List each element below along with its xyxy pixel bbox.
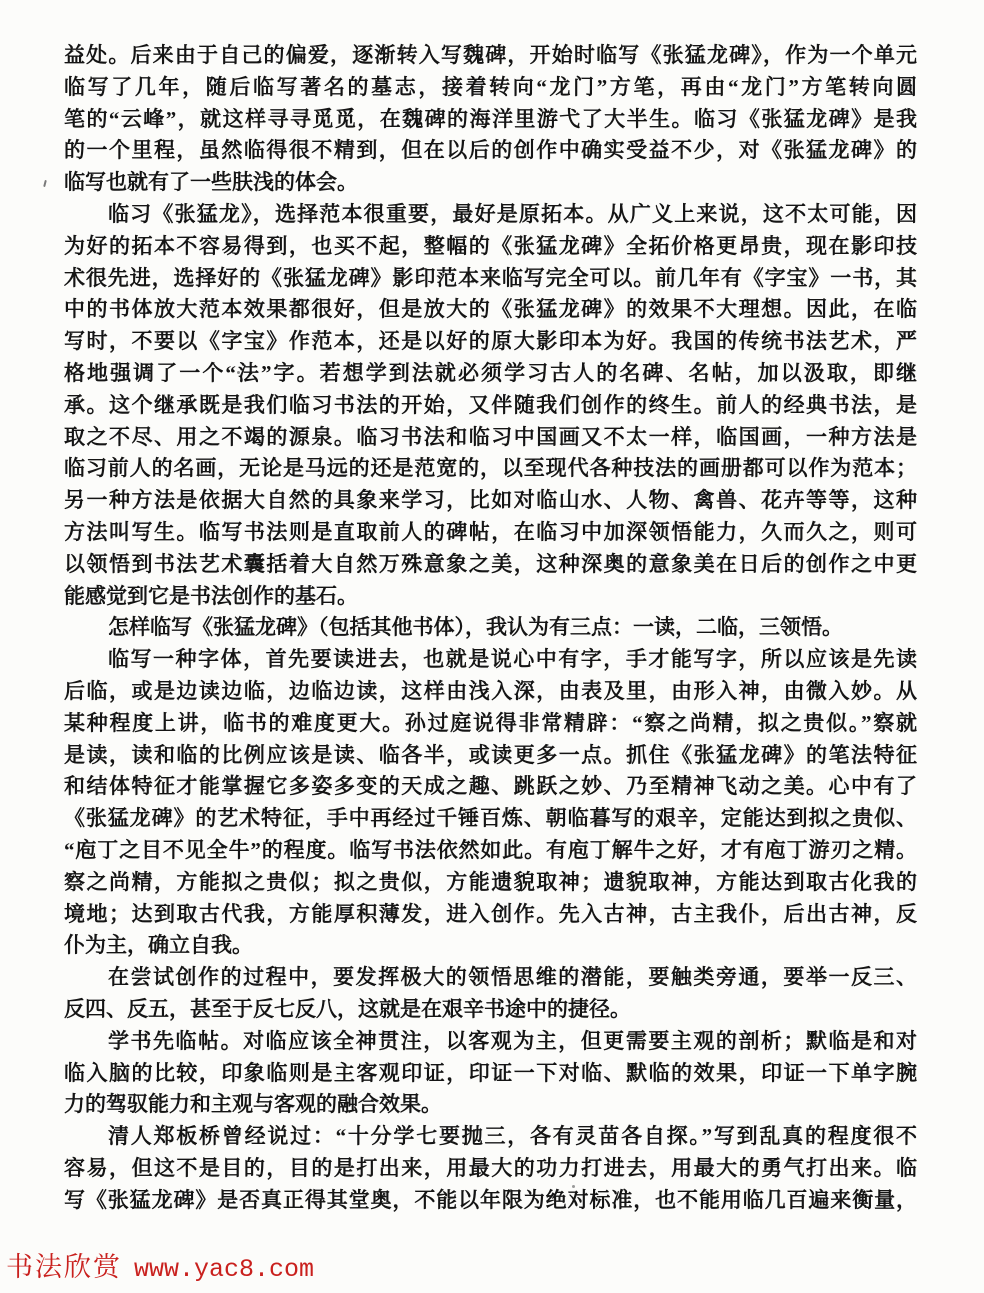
text-line: 以领悟到书法艺术囊括着大自然万殊意象之美，这种深奥的意象美在日后的创作之中更 bbox=[64, 549, 917, 581]
text-line: 方法叫写生。临写书法则是直取前人的碑帖，在临习中加深领悟能力，久而久之，则可 bbox=[64, 517, 917, 549]
text-line: 仆为主，确立自我。 bbox=[64, 930, 917, 962]
text-line: 临习前人的名画，无论是马远的还是范宽的，以至现代各种技法的画册都可以作为范本； bbox=[64, 453, 917, 485]
text-line: 另一种方法是依据大自然的具象来学习，比如对临山水、人物、禽兽、花卉等等，这种 bbox=[64, 485, 917, 517]
text-line: 某种程度上讲，临书的难度更大。孙过庭说得非常精辟：“察之尚精，拟之贵似。”察就 bbox=[64, 708, 917, 740]
watermark: 书法欣赏 www.yac8.com bbox=[6, 1245, 314, 1284]
scanned-page: 益处。后来由于自己的偏爱，逐渐转入写魏碑，开始时临写《张猛龙碑》，作为一个单元临… bbox=[0, 0, 984, 1293]
text-line: 临习《张猛龙》，选择范本很重要，最好是原拓本。从广义上来说，这不太可能，因 bbox=[64, 199, 917, 231]
text-line: 清人郑板桥曾经说过：“十分学七要抛三，各有灵苗各自探。”写到乱真的程度很不 bbox=[64, 1121, 917, 1153]
text-line: 临写了几年，随后临写著名的墓志，接着转向“龙门”方笔，再由“龙门”方笔转向圆 bbox=[64, 72, 917, 104]
text-line: 格地强调了一个“法”字。若想学到法就必须学习古人的名碑、名帖，加以汲取，即继 bbox=[64, 358, 917, 390]
text-line: 临入脑的比较，印象临则是主客观印证，印证一下对临、默临的效果，印证一下单字腕 bbox=[64, 1058, 917, 1090]
text-line: 察之尚精，方能拟之贵似；拟之贵似，方能遗貌取神；遗貌取神，方能达到取古化我的 bbox=[64, 867, 917, 899]
text-line: 后临，或是边读边临，边临边读，这样由浅入深，由表及里，由形入神，由微入妙。从 bbox=[64, 676, 917, 708]
text-line: 在尝试创作的过程中，要发挥极大的领悟思维的潜能，要触类旁通，要举一反三、 bbox=[64, 962, 917, 994]
text-line: 笔的“云峰”，就这样寻寻觅觅，在魏碑的海洋里游弋了大半生。临习《张猛龙碑》是我 bbox=[64, 104, 917, 136]
text-line: 为好的拓本不容易得到，也买不起，整幅的《张猛龙碑》全拓价格更昂贵，现在影印技 bbox=[64, 231, 917, 263]
text-line: 学书先临帖。对临应该全神贯注，以客观为主，但更需要主观的剖析；默临是和对 bbox=[64, 1026, 917, 1058]
text-line: 术很先进，选择好的《张猛龙碑》影印范本来临写完全可以。前几年有《字宝》一书，其 bbox=[64, 263, 917, 295]
text-line: 的一个里程，虽然临得很不精到，但在以后的创作中确实受益不少，对《张猛龙碑》的 bbox=[64, 135, 917, 167]
watermark-site-name: 书法欣赏 bbox=[6, 1252, 122, 1282]
text-line: 《张猛龙碑》的艺术特征，手中再经过千锤百炼、朝临暮写的艰辛，定能达到拟之贵似、 bbox=[64, 803, 917, 835]
text-line: 承。这个继承既是我们临习书法的开始，又伴随我们创作的终生。前人的经典书法，是 bbox=[64, 390, 917, 422]
text-line: 境地；达到取古代我，方能厚积薄发，进入创作。先入古神，古主我仆，后出古神，反 bbox=[64, 899, 917, 931]
text-line: 写《张猛龙碑》是否真正得其堂奥，不能以年限为绝对标准，也不能用临几百遍来衡量， bbox=[64, 1185, 917, 1217]
text-line: 写时，不要以《字宝》作范本，还是以好的原大影印本为好。我国的传统书法艺术，严 bbox=[64, 326, 917, 358]
text-line: 益处。后来由于自己的偏爱，逐渐转入写魏碑，开始时临写《张猛龙碑》，作为一个单元 bbox=[64, 40, 917, 72]
text-line: 是读，读和临的比例应该是读、临各半，或读更多一点。抓住《张猛龙碑》的笔法特征 bbox=[64, 740, 917, 772]
text-line: 力的驾驭能力和主观与客观的融合效果。 bbox=[64, 1089, 917, 1121]
text-line: “庖丁之目不见全牛”的程度。临写书法依然如此。有庖丁解牛之好，才有庖丁游刃之精。 bbox=[64, 835, 917, 867]
article-body: 益处。后来由于自己的偏爱，逐渐转入写魏碑，开始时临写《张猛龙碑》，作为一个单元临… bbox=[64, 40, 917, 1216]
text-line: 反四、反五，甚至于反七反八，这就是在艰辛书途中的捷径。 bbox=[64, 994, 917, 1026]
text-line: 临写也就有了一些肤浅的体会。 bbox=[64, 167, 917, 199]
text-line: 和结体特征才能掌握它多姿多变的天成之趣、跳跃之妙、乃至精神飞动之美。心中有了 bbox=[64, 771, 917, 803]
watermark-url: www.yac8.com bbox=[134, 1255, 314, 1284]
scan-noise-mark bbox=[572, 1185, 575, 1188]
scan-noise-mark bbox=[237, 371, 240, 374]
text-line: 能感觉到它是书法创作的基石。 bbox=[64, 581, 917, 613]
text-line: 取之不尽、用之不竭的源泉。临习书法和临习中国画又不太一样，临国画，一种方法是 bbox=[64, 422, 917, 454]
text-line: 中的书体放大范本效果都很好，但是放大的《张猛龙碑》的效果不大理想。因此，在临 bbox=[64, 294, 917, 326]
text-line: 怎样临写《张猛龙碑》（包括其他书体），我认为有三点：一读，二临，三领悟。 bbox=[64, 612, 917, 644]
text-line: 临写一种字体，首先要读进去，也就是说心中有字，手才能写字，所以应该是先读 bbox=[64, 644, 917, 676]
text-line: 容易，但这不是目的，目的是打出来，用最大的功力打进去，用最大的勇气打出来。临 bbox=[64, 1153, 917, 1185]
scan-noise-mark bbox=[43, 180, 47, 187]
